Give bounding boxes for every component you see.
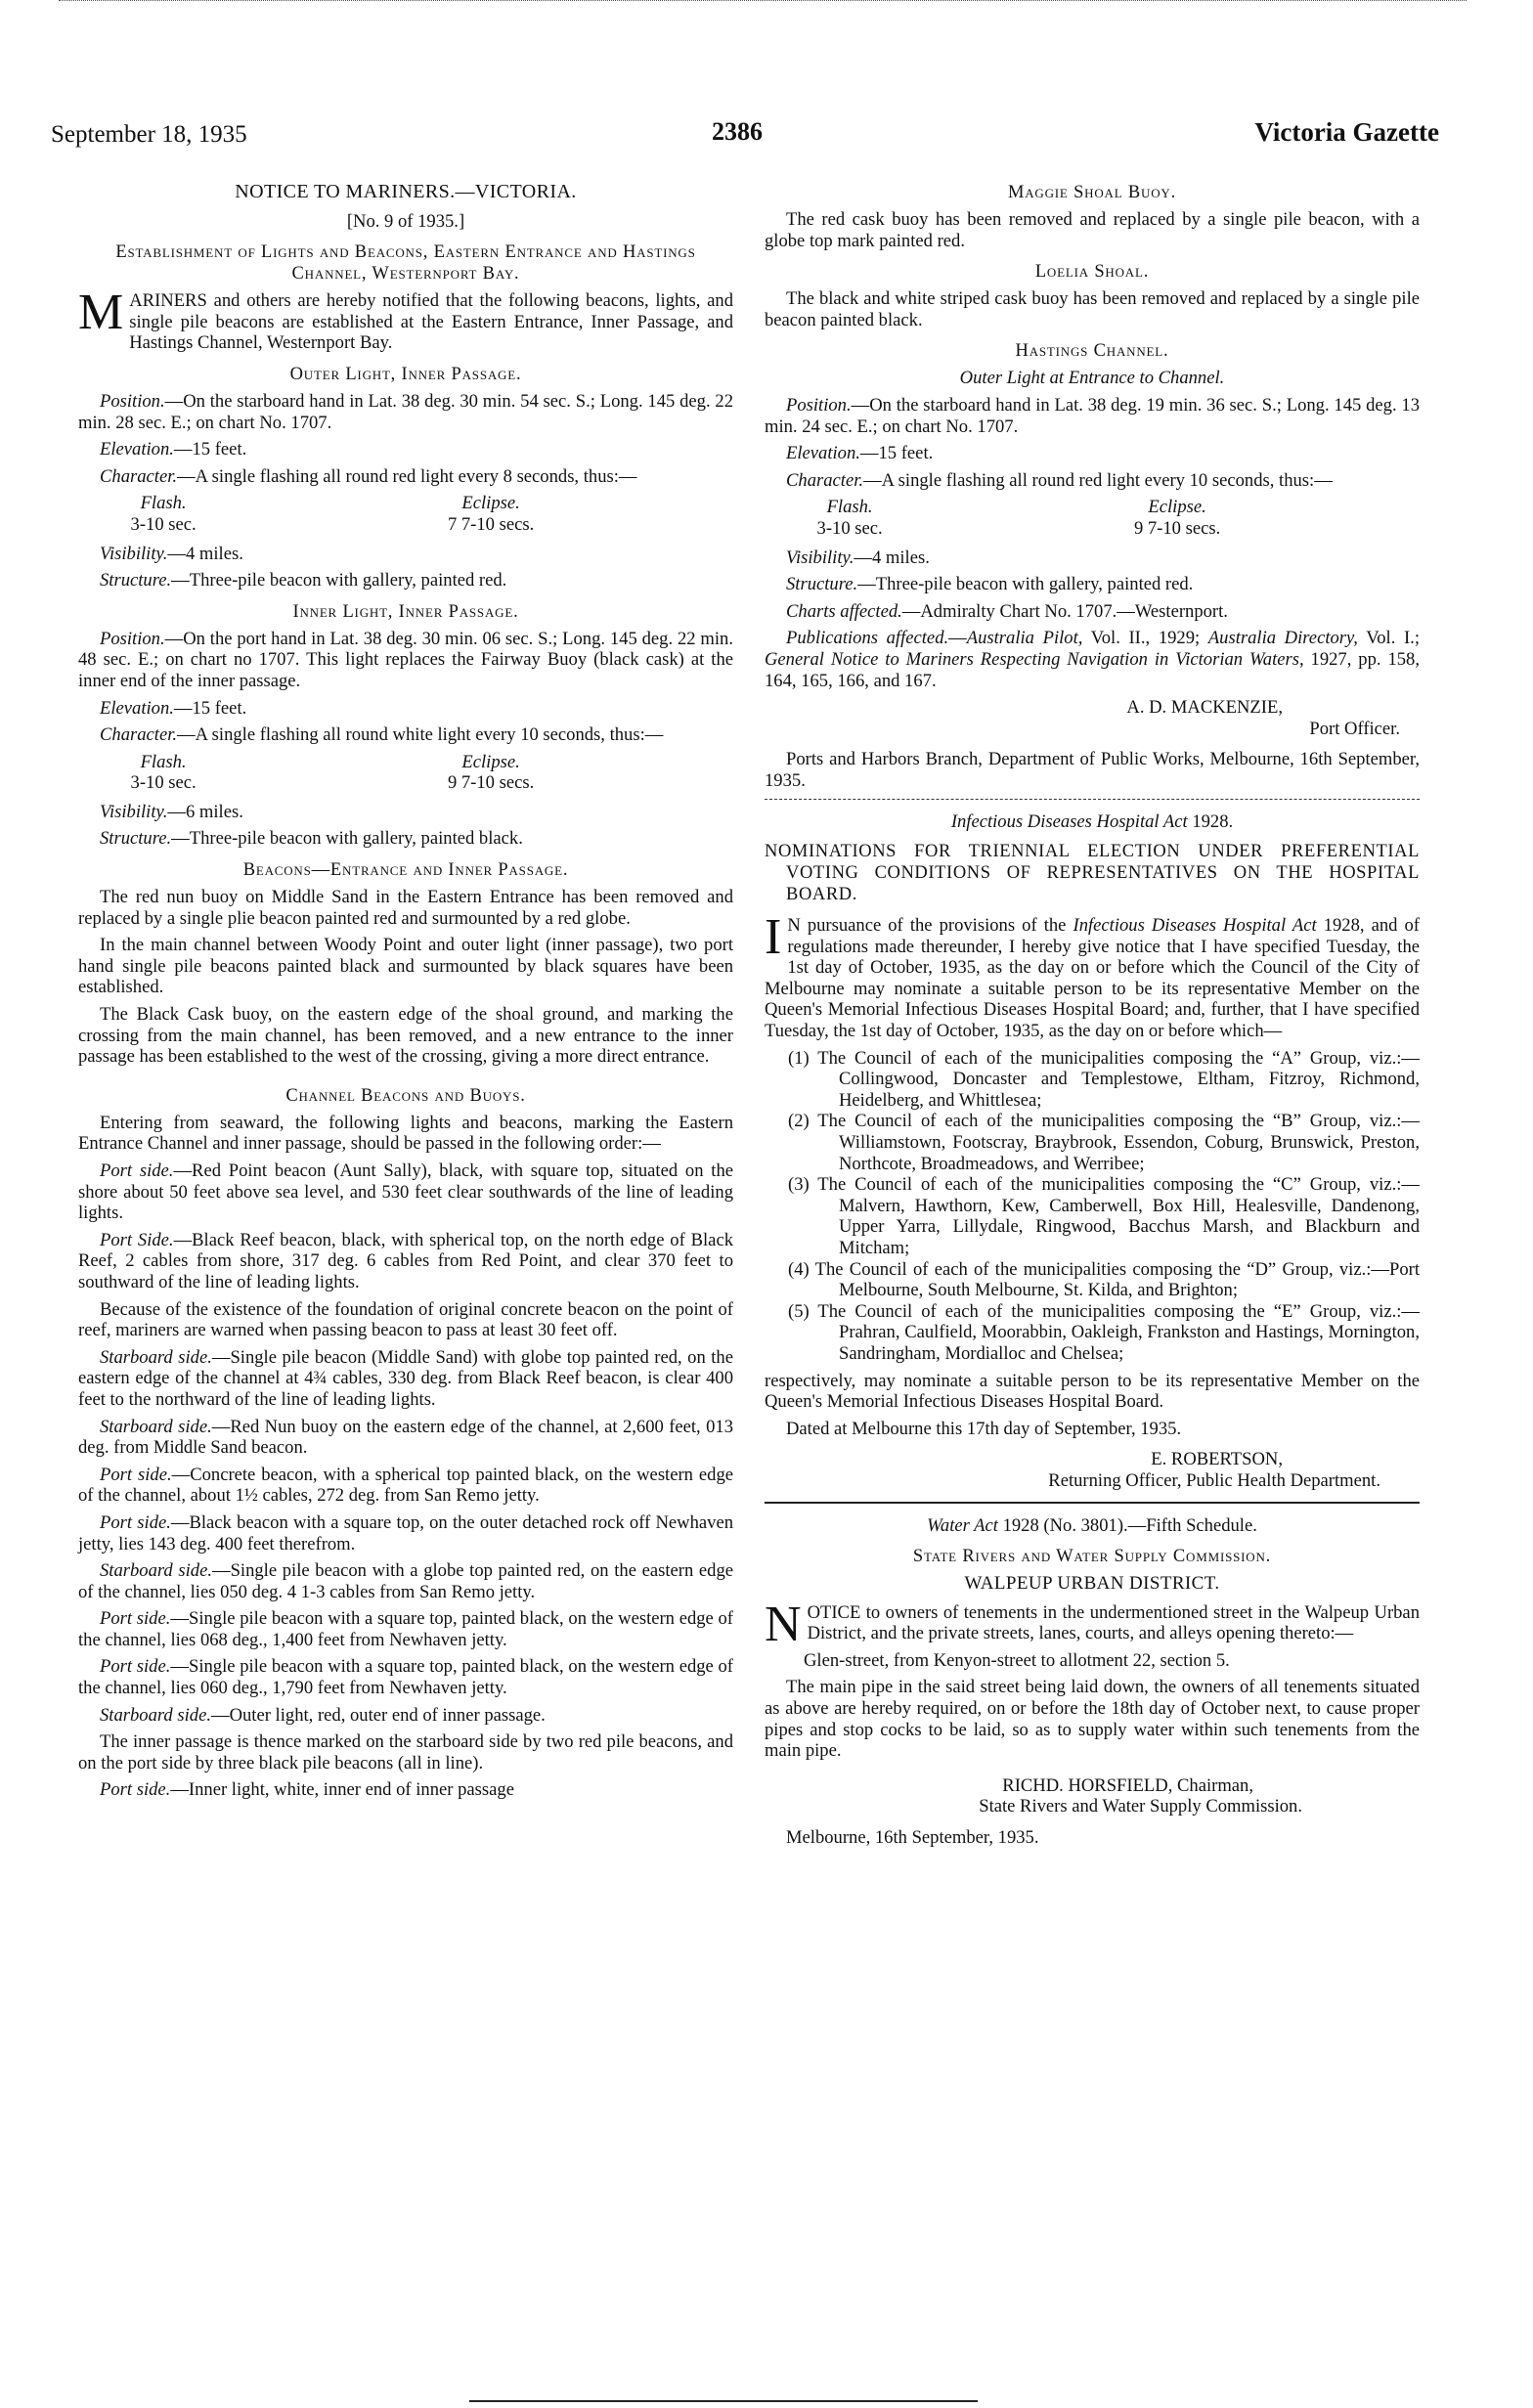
dated-footer: Melbourne, 16th September, 1935. [765, 1827, 1420, 1849]
hastings-channel-section: Hastings Channel. Outer Light at Entranc… [765, 340, 1420, 791]
department-footer: Ports and Harbors Branch, Department of … [765, 749, 1420, 791]
group-item: (4) The Council of each of the municipal… [765, 1259, 1420, 1301]
loelia-shoal-section: Loelia Shoal. The black and white stripe… [765, 261, 1420, 330]
notice-title: NOMINATIONS FOR TRIENNIAL ELECTION UNDER… [765, 841, 1420, 905]
group-item: (3) The Council of each of the municipal… [765, 1174, 1420, 1258]
flash-eclipse-table: Flash.3-10 sec. Eclipse.7 7-10 secs. [78, 493, 733, 535]
closing-paragraph: respectively, may nominate a suitable pe… [765, 1371, 1420, 1413]
character-line: Character.—A single flashing all round r… [765, 470, 1420, 492]
water-notice-section: Water Act 1928 (No. 3801).—Fifth Schedul… [765, 1515, 1420, 1849]
character-line: Character.—A single flashing all round r… [78, 466, 733, 488]
notice-paragraph: NOTICE to owners of tenements in the und… [765, 1602, 1420, 1644]
visibility-line: Visibility.—4 miles. [78, 544, 733, 565]
elevation-line: Elevation.—15 feet. [765, 443, 1420, 464]
signature-title: Port Officer. [765, 719, 1420, 740]
channel-section: Channel Beacons and Buoys. Entering from… [78, 1085, 733, 1801]
inner-light-section: Inner Light, Inner Passage. Position.—On… [78, 601, 733, 850]
municipality-groups: (1) The Council of each of the municipal… [765, 1048, 1420, 1365]
section-heading: Hastings Channel. [765, 340, 1420, 362]
channel-item: Port side.—Black beacon with a square to… [78, 1512, 733, 1554]
group-item: (2) The Council of each of the municipal… [765, 1111, 1420, 1174]
structure-line: Structure.—Three-pile beacon with galler… [78, 570, 733, 591]
right-column: Maggie Shoal Buoy. The red cask buoy has… [765, 182, 1420, 1855]
beacons-section: Beacons—Entrance and Inner Passage. The … [78, 859, 733, 1068]
character-line: Character.—A single flashing all round w… [78, 724, 733, 746]
dated-line: Dated at Melbourne this 17th day of Sept… [765, 1419, 1420, 1440]
section-heading: Beacons—Entrance and Inner Passage. [78, 859, 733, 881]
position-line: Position.—On the port hand in Lat. 38 de… [78, 629, 733, 692]
section-heading: Maggie Shoal Buoy. [765, 182, 1420, 203]
channel-item: Port side.—Concrete beacon, with a spher… [78, 1465, 733, 1507]
section-divider [765, 799, 1420, 800]
left-column: NOTICE TO MARINERS.—VICTORIA. [No. 9 of … [78, 182, 733, 1807]
section-heading: Loelia Shoal. [765, 261, 1420, 283]
notice-number: [No. 9 of 1935.] [78, 211, 733, 233]
signature-title: State Rivers and Water Supply Commission… [765, 1796, 1420, 1817]
channel-item: Starboard side.—Single pile beacon (Midd… [78, 1347, 733, 1411]
commission-heading: State Rivers and Water Supply Commission… [765, 1546, 1420, 1567]
section-divider [765, 1502, 1420, 1504]
channel-item: Because of the existence of the foundati… [78, 1299, 733, 1341]
dropcap: N [765, 1604, 802, 1645]
publication-name: Victoria Gazette [1254, 117, 1439, 148]
position-line: Position.—On the starboard hand in Lat. … [765, 395, 1420, 437]
footer-rule [469, 2400, 978, 2402]
elevation-line: Elevation.—15 feet. [78, 698, 733, 720]
hospital-notice-section: Infectious Diseases Hospital Act 1928. N… [765, 811, 1420, 1491]
channel-item: Starboard side.—Red Nun buoy on the east… [78, 1417, 733, 1459]
paragraph: In the main channel between Woody Point … [78, 935, 733, 998]
paragraph: The red cask buoy has been removed and r… [765, 209, 1420, 251]
paragraph: The black and white striped cask buoy ha… [765, 288, 1420, 330]
page-number: 2386 [712, 117, 763, 147]
notice-subtitle: Establishment of Lights and Beacons, Eas… [78, 241, 733, 285]
header-date: September 18, 1935 [51, 121, 247, 149]
section-subheading: Outer Light at Entrance to Channel. [765, 368, 1420, 389]
district-heading: WALPEUP URBAN DISTRICT. [765, 1573, 1420, 1595]
maggie-shoal-section: Maggie Shoal Buoy. The red cask buoy has… [765, 182, 1420, 251]
channel-item: Starboard side.—Outer light, red, outer … [78, 1705, 733, 1727]
signature-title: Returning Officer, Public Health Departm… [765, 1470, 1420, 1492]
signature-name: E. ROBERTSON, [765, 1449, 1420, 1470]
section-heading: Inner Light, Inner Passage. [78, 601, 733, 623]
intro-paragraph: MARINERS and others are hereby notified … [78, 290, 733, 354]
street-line: Glen-street, from Kenyon-street to allot… [765, 1650, 1420, 1672]
elevation-line: Elevation.—15 feet. [78, 439, 733, 460]
charts-affected-line: Charts affected.—Admiralty Chart No. 170… [765, 601, 1420, 623]
section-heading: Outer Light, Inner Passage. [78, 364, 733, 385]
page-header: September 18, 1935 2386 Victoria Gazette [51, 115, 1439, 149]
channel-item: Port side.—Inner light, white, inner end… [78, 1779, 733, 1801]
group-item: (1) The Council of each of the municipal… [765, 1048, 1420, 1112]
visibility-line: Visibility.—4 miles. [765, 547, 1420, 569]
body-paragraph: The main pipe in the said street being l… [765, 1677, 1420, 1761]
paragraph: Entering from seaward, the following lig… [78, 1113, 733, 1155]
dropcap: M [78, 292, 123, 333]
paragraph: The red nun buoy on Middle Sand in the E… [78, 887, 733, 929]
flash-eclipse-table: Flash.3-10 sec. Eclipse.9 7-10 secs. [78, 752, 733, 794]
act-title: Infectious Diseases Hospital Act 1928. [765, 811, 1420, 833]
channel-items: Port side.—Red Point beacon (Aunt Sally)… [78, 1160, 733, 1801]
channel-item: Port Side.—Black Reef beacon, black, wit… [78, 1230, 733, 1293]
intro-paragraph: IN pursuance of the provisions of the In… [765, 915, 1420, 1042]
channel-item: Port side.—Single pile beacon with a squ… [78, 1608, 733, 1650]
channel-item: Port side.—Red Point beacon (Aunt Sally)… [78, 1160, 733, 1224]
structure-line: Structure.—Three-pile beacon with galler… [765, 574, 1420, 595]
outer-light-section: Outer Light, Inner Passage. Position.—On… [78, 364, 733, 591]
section-heading: Channel Beacons and Buoys. [78, 1085, 733, 1107]
notice-title: NOTICE TO MARINERS.—VICTORIA. [78, 182, 733, 203]
visibility-line: Visibility.—6 miles. [78, 802, 733, 823]
group-item: (5) The Council of each of the municipal… [765, 1301, 1420, 1365]
signature-name: A. D. MACKENZIE, [765, 697, 1420, 719]
dropcap: I [765, 917, 781, 958]
top-scan-line [59, 0, 1467, 3]
channel-item: The inner passage is thence marked on th… [78, 1731, 733, 1773]
act-title: Water Act 1928 (No. 3801).—Fifth Schedul… [765, 1515, 1420, 1537]
structure-line: Structure.—Three-pile beacon with galler… [78, 828, 733, 850]
publications-affected-line: Publications affected.—Australia Pilot, … [765, 628, 1420, 691]
paragraph: The Black Cask buoy, on the eastern edge… [78, 1004, 733, 1068]
signature-name: RICHD. HORSFIELD, Chairman, [765, 1775, 1420, 1797]
flash-eclipse-table: Flash.3-10 sec. Eclipse.9 7-10 secs. [765, 497, 1420, 539]
position-line: Position.—On the starboard hand in Lat. … [78, 391, 733, 433]
channel-item: Starboard side.—Single pile beacon with … [78, 1560, 733, 1602]
channel-item: Port side.—Single pile beacon with a squ… [78, 1656, 733, 1698]
